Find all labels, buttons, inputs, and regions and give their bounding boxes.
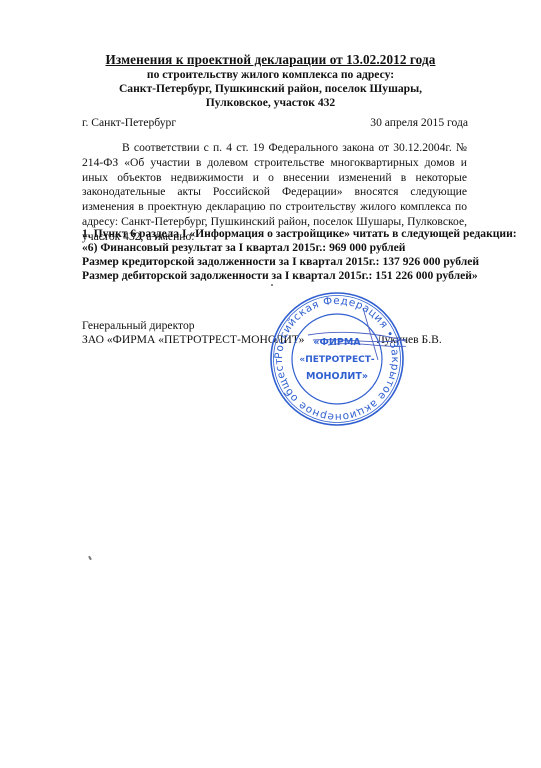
subtitle-line-3: Пулковское, участок 432 [0, 96, 541, 109]
scan-speck [271, 284, 273, 286]
signatory-position: Генеральный директор [82, 319, 195, 332]
stamp-center-line-1: «ФИРМА [313, 337, 361, 348]
change-financial-result: «6) Финансовый результат за I квартал 20… [82, 241, 517, 255]
scan-speck [88, 556, 92, 560]
change-item-heading: 1. Пункт 6 раздела I «Информация о застр… [82, 227, 517, 241]
document-date: 30 апреля 2015 года [370, 116, 468, 129]
document-city: г. Санкт-Петербург [82, 116, 176, 129]
subtitle-line-1: по строительству жилого комплекса по адр… [0, 68, 541, 81]
stamp-center-line-3: МОНОЛИТ» [306, 371, 368, 382]
stamp-center-line-2: «ПЕТРОТРЕСТ- [299, 355, 375, 365]
changes-block: 1. Пункт 6 раздела I «Информация о застр… [82, 227, 517, 283]
change-creditor-debt: Размер кредиторской задолженности за I к… [82, 255, 517, 269]
subtitle-line-2: Санкт-Петербург, Пушкинский район, посел… [0, 82, 541, 95]
document-title: Изменения к проектной декларации от 13.0… [0, 52, 541, 68]
document-page: Изменения к проектной декларации от 13.0… [0, 0, 541, 768]
change-debtor-debt: Размер дебиторской задолженности за I кв… [82, 269, 517, 283]
company-stamp: Российская Федерация • Закрытое акционер… [268, 290, 406, 428]
